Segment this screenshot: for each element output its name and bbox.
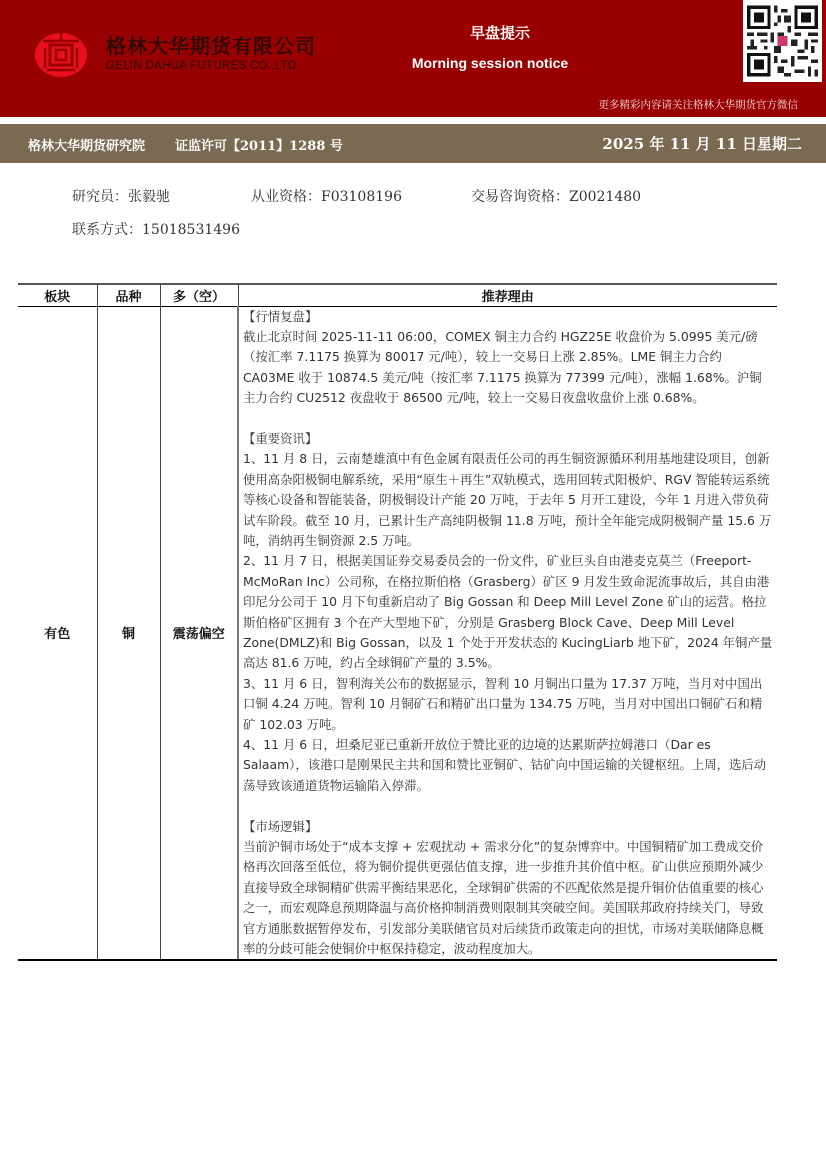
news-item: 1、11 月 8 日，云南楚雄滇中有色金属有限责任公司的再生铜资源循环利用基地建… bbox=[243, 449, 773, 551]
researcher-qualification: 从业资格：F03108196 bbox=[251, 186, 402, 206]
info-bar: 格林大华期货研究院 证监许可【2011】1288 号 2025 年 11 月 1… bbox=[0, 124, 826, 163]
news-item: 3、11 月 6 日，智利海关公布的数据显示，智利 10 月铜出口量为 17.3… bbox=[243, 674, 773, 735]
follow-wechat-text: 更多精彩内容请关注格林大华期货官方微信 bbox=[599, 97, 799, 112]
researcher-name: 研究员：张毅驰 bbox=[72, 186, 170, 206]
header-direction: 多（空） bbox=[160, 284, 238, 306]
recommendation-table: 板块 品种 多（空） 推荐理由 有色 铜 震荡偏空 【行情复盘】 截止北京时间 … bbox=[18, 283, 777, 961]
news-title: 【重要资讯】 bbox=[243, 429, 773, 449]
consult-qualification: 交易咨询资格：Z0021480 bbox=[471, 186, 641, 206]
report-date: 2025 年 11 月 11 日星期二 bbox=[602, 133, 802, 154]
spacer bbox=[243, 796, 773, 816]
logic-title: 【市场逻辑】 bbox=[243, 817, 773, 837]
cell-reason: 【行情复盘】 截止北京时间 2025-11-11 06:00，COMEX 铜主力… bbox=[238, 306, 777, 960]
wechat-qr-code bbox=[743, 0, 822, 82]
qr-code-icon bbox=[747, 4, 818, 78]
company-name-cn: 格林大华期货有限公司 bbox=[106, 30, 316, 59]
notice-title-cn: 早盘提示 bbox=[435, 22, 565, 43]
top-banner: 格林大华期货有限公司 GELIN DAHUA FUTURES CO.,LTD. … bbox=[0, 0, 826, 117]
notice-title-en: Morning session notice bbox=[405, 55, 575, 71]
cell-direction: 震荡偏空 bbox=[160, 306, 238, 960]
review-title: 【行情复盘】 bbox=[243, 307, 773, 327]
news-item: 2、11 月 7 日，根据美国证券交易委员会的一份文件，矿业巨头自由港麦克莫兰（… bbox=[243, 551, 773, 673]
institute-name: 格林大华期货研究院 bbox=[28, 135, 145, 154]
logic-text: 当前沪铜市场处于“成本支撑 + 宏观扰动 + 需求分化”的复杂博弈中。中国铜精矿… bbox=[243, 837, 773, 959]
cell-variety: 铜 bbox=[97, 306, 160, 960]
header-sector: 板块 bbox=[18, 284, 97, 306]
cell-sector: 有色 bbox=[18, 306, 97, 960]
contact-info: 联系方式：15018531496 bbox=[72, 219, 240, 239]
review-text: 截止北京时间 2025-11-11 06:00，COMEX 铜主力合约 HGZ2… bbox=[243, 327, 773, 409]
table-header-row: 板块 品种 多（空） 推荐理由 bbox=[18, 284, 777, 306]
spacer bbox=[243, 409, 773, 429]
header-variety: 品种 bbox=[97, 284, 160, 306]
banner-divider bbox=[0, 117, 826, 124]
license-number: 证监许可【2011】1288 号 bbox=[175, 135, 343, 154]
news-item: 4、11 月 6 日，坦桑尼亚已重新开放位于赞比亚的边境的达累斯萨拉姆港口（Da… bbox=[243, 735, 773, 796]
table-row: 有色 铜 震荡偏空 【行情复盘】 截止北京时间 2025-11-11 06:00… bbox=[18, 306, 777, 960]
company-name-en: GELIN DAHUA FUTURES CO.,LTD. bbox=[106, 60, 300, 72]
company-emblem-icon bbox=[33, 30, 89, 80]
header-reason: 推荐理由 bbox=[238, 284, 777, 306]
